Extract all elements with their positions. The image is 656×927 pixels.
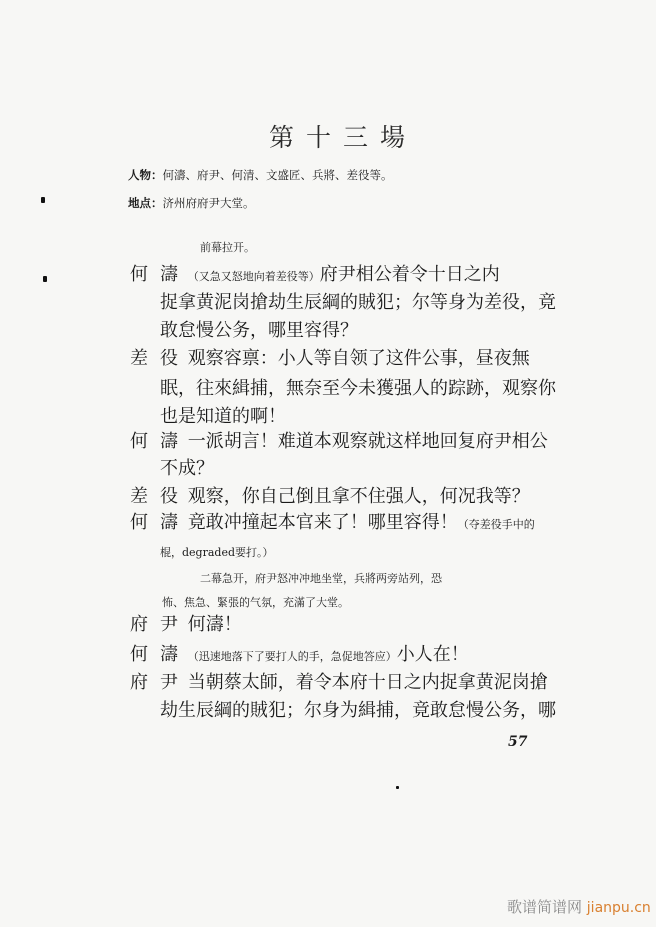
stage-direction: 二幕急开，府尹怒冲冲地坐堂，兵將两旁站列，恐 <box>200 570 442 586</box>
speaker-name: 府尹 <box>130 670 182 696</box>
dialogue-line: 差役 观察容禀：小人等自领了这件公事，昼夜無 <box>130 346 530 372</box>
watermark-url: jianpu.cn <box>587 900 651 916</box>
characters-value: 何濤、府尹、何清、文盛匠、兵將、差役等。 <box>163 168 393 182</box>
speaker-name: 何濤 <box>130 642 182 668</box>
scene-title: 第十三場 <box>0 118 656 154</box>
dialogue-continuation: 捉拿黄泥岗搶劫生辰綱的賊犯；尔等身为差役，竟 <box>160 290 556 316</box>
parenthetical: （夺差役手中的 <box>458 518 535 531</box>
location-label: 地点： <box>128 196 163 210</box>
stage-direction: 怖、焦急、緊張的气氛，充滿了大堂。 <box>162 594 349 610</box>
dialogue-text: 当朝蔡太師，着令本府十日之内捉拿黄泥岗搶 <box>188 672 548 693</box>
location-value: 济州府府尹大堂。 <box>163 196 255 210</box>
scan-speck <box>43 276 47 282</box>
speaker-name: 何濤 <box>130 429 182 455</box>
dialogue-text: 观察容禀：小人等自领了这件公事，昼夜無 <box>188 348 530 369</box>
dialogue-line: 何濤 一派胡言！难道本观察就这样地回复府尹相公 <box>130 429 548 455</box>
dialogue-text: 何濤！ <box>188 614 242 635</box>
dialogue-line: 何濤 （迅速地落下了要打人的手，急促地答应）小人在！ <box>130 642 469 668</box>
characters-label: 人物： <box>128 168 163 182</box>
speaker-name: 府尹 <box>130 612 182 638</box>
stage-direction: 前幕拉开。 <box>200 239 255 255</box>
dialogue-continuation: 眠，往來緝捕，無奈至今未獲强人的踪跡，观察你 <box>160 376 556 402</box>
watermark-cn: 歌谱简谱网 <box>507 898 582 916</box>
scan-speck <box>41 197 45 203</box>
speaker-name: 差役 <box>130 346 182 372</box>
speaker-name: 差役 <box>130 484 182 510</box>
parenthetical: （又急又怒地向着差役等） <box>188 270 320 283</box>
parenthetical-continuation: 棍，degraded要打。） <box>160 540 274 566</box>
dialogue-continuation: 劫生辰綱的賊犯；尔身为緝捕，竟敢怠慢公务，哪 <box>160 698 556 724</box>
script-page: 第十三場 人物：何濤、府尹、何清、文盛匠、兵將、差役等。 地点：济州府府尹大堂。… <box>0 0 656 927</box>
dialogue-text: 小人在！ <box>397 644 469 665</box>
dialogue-text: 府尹相公着令十日之内 <box>320 264 500 285</box>
page-number: 57 <box>508 734 527 750</box>
dialogue-continuation: 不成？ <box>160 456 214 482</box>
watermark: 歌谱简谱网 jianpu.cn <box>507 896 651 917</box>
dialogue-text: 一派胡言！难道本观察就这样地回复府尹相公 <box>188 431 548 452</box>
location-line: 地点：济州府府尹大堂。 <box>128 195 255 211</box>
dialogue-text: 竟敢冲撞起本官来了！哪里容得！ <box>188 512 458 533</box>
dialogue-line: 何濤 竟敢冲撞起本官来了！哪里容得！（夺差役手中的 <box>130 510 535 536</box>
scan-speck <box>396 786 399 789</box>
dialogue-text: 观察，你自己倒且拿不住强人，何况我等？ <box>188 486 530 507</box>
speaker-name: 何濤 <box>130 262 182 288</box>
dialogue-line: 何濤 （又急又怒地向着差役等）府尹相公着令十日之内 <box>130 262 500 288</box>
speaker-name: 何濤 <box>130 510 182 536</box>
dialogue-continuation: 敢怠慢公务，哪里容得？ <box>160 318 358 344</box>
parenthetical: （迅速地落下了要打人的手，急促地答应） <box>188 650 397 663</box>
dialogue-line: 差役 观察，你自己倒且拿不住强人，何况我等？ <box>130 484 530 510</box>
dialogue-line: 府尹 当朝蔡太師，着令本府十日之内捉拿黄泥岗搶 <box>130 670 548 696</box>
dialogue-line: 府尹 何濤！ <box>130 612 242 638</box>
characters-line: 人物：何濤、府尹、何清、文盛匠、兵將、差役等。 <box>128 167 393 183</box>
dialogue-continuation: 也是知道的啊！ <box>160 404 286 430</box>
